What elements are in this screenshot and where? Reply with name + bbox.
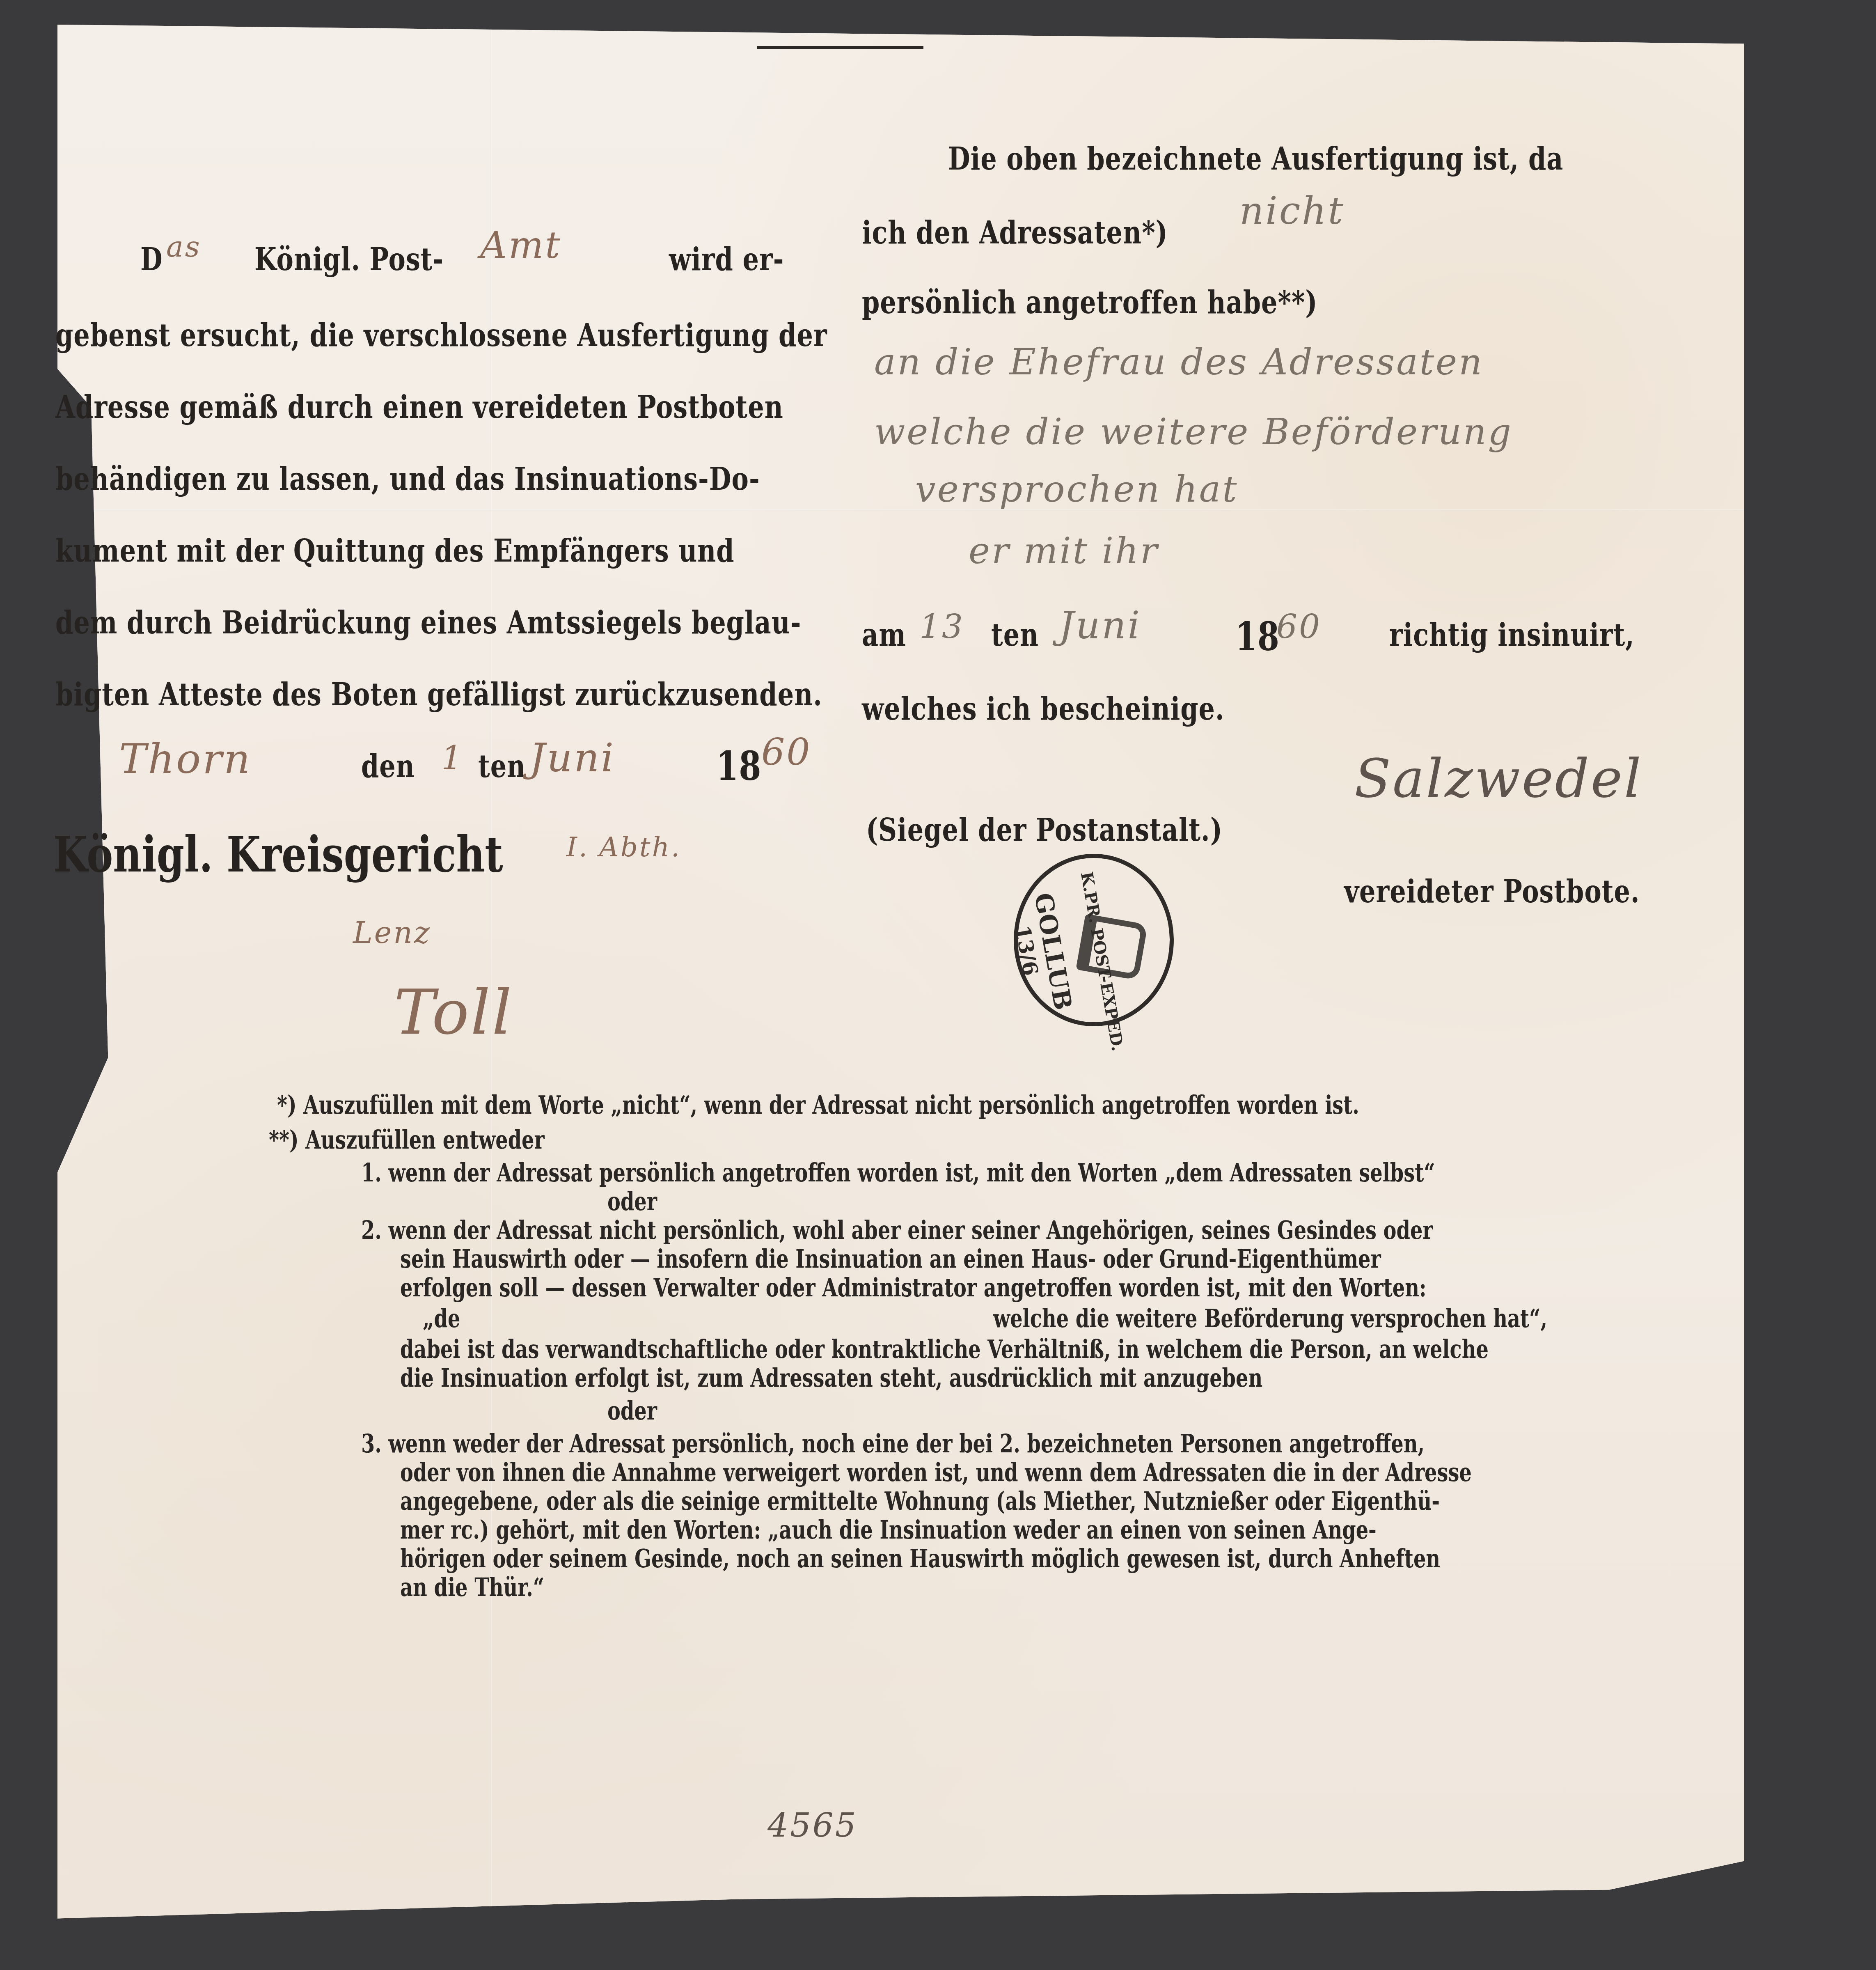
certify-line: welches ich bescheinige.: [862, 690, 1225, 727]
insinuation-year-print: 18: [1235, 614, 1280, 659]
crown-icon: [1076, 914, 1148, 981]
footnote-item-1: 1. wenn der Adressat persönlich angetrof…: [361, 1158, 1435, 1188]
footnote-item-3-line-2: oder von ihnen die Annahme verweigert wo…: [400, 1457, 1472, 1487]
insinuation-month-hand: Juni: [1059, 603, 1141, 647]
header-rule: [757, 46, 923, 49]
month-hand: Juni: [529, 735, 615, 781]
court-signature-hand: Toll: [394, 977, 513, 1048]
request-wird: wird er-: [669, 240, 784, 277]
request-pre: D: [140, 240, 163, 277]
postman-signature-hand: Salzwedel: [1354, 747, 1643, 810]
footnote-item-2-line-1: 2. wenn der Adressat nicht persönlich, w…: [361, 1215, 1433, 1245]
right-line-1: Die oben bezeichnete Ausfertigung ist, d…: [948, 140, 1563, 177]
insinuation-year-hand: 60: [1276, 608, 1322, 646]
request-line-6: dem durch Beidrückung eines Amtssiegels …: [55, 603, 801, 641]
footnote-item-3-line-4: mer rc.) gehört, mit den Worten: „auch d…: [400, 1515, 1377, 1545]
footnote-item-2-tail-1: dabei ist das verwandtschaftliche oder k…: [400, 1334, 1489, 1364]
den-label: den: [361, 747, 415, 784]
signature-note-hand: Lenz: [353, 915, 431, 950]
footnote-double-intro: **) Auszufüllen entweder: [269, 1125, 545, 1155]
request-post-label: Königl. Post-: [254, 240, 444, 277]
request-line-3: Adresse gemäß durch einen vereideten Pos…: [55, 388, 783, 425]
day-hand: 1: [441, 739, 464, 777]
footnote-or-1: oder: [607, 1186, 657, 1216]
ten-label: ten: [478, 747, 526, 784]
insinuation-day-hand: 13: [919, 608, 964, 646]
footnote-item-2-quote-start: „de: [423, 1303, 460, 1333]
year-print: 18: [716, 743, 762, 790]
hand-line-2: welche die weitere Beförderung: [874, 411, 1513, 453]
request-line-4: behändigen zu lassen, und das Insinuatio…: [55, 460, 760, 497]
footnote-item-2-tail-2: die Insinuation erfolgt ist, zum Adressa…: [400, 1363, 1262, 1393]
postmark-stamp: K.PR. POST-EXPED. GOLLUB 13/6: [1014, 854, 1174, 1026]
right-hand-nicht: nicht: [1239, 189, 1345, 233]
seal-label: (Siegel der Postanstalt.): [866, 811, 1223, 848]
footnote-item-2-line-2: sein Hauswirth oder — insofern die Insin…: [400, 1244, 1381, 1274]
footnote-item-2-quote-rest: welche die weitere Beförderung versproch…: [993, 1303, 1547, 1333]
hand-line-4: er mit ihr: [969, 530, 1159, 572]
court-title: Königl. Kreisgericht: [53, 825, 503, 883]
footnote-item-2-line-3: erfolgen soll — dessen Verwalter oder Ad…: [400, 1273, 1427, 1303]
horizontal-fold: [57, 509, 1744, 511]
postman-label: vereideter Postbote.: [1344, 872, 1640, 910]
footnote-item-3-line-1: 3. wenn weder der Adressat persönlich, n…: [361, 1429, 1425, 1459]
footnote-single: *) Auszufüllen mit dem Worte „nicht“, we…: [277, 1090, 1359, 1120]
hand-line-1: an die Ehefrau des Adressaten: [874, 341, 1484, 383]
request-line-5: kument mit der Quittung des Empfängers u…: [55, 532, 735, 569]
place-hand: Thorn: [119, 735, 252, 783]
right-line-3: persönlich angetroffen habe**): [862, 283, 1318, 321]
court-hand-suffix: I. Abth.: [566, 831, 681, 863]
request-line-2: gebenst ersucht, die verschlossene Ausfe…: [55, 316, 827, 353]
insinuation-rest: richtig insinuirt,: [1389, 616, 1635, 653]
year-hand: 60: [761, 731, 812, 774]
footnote-or-2: oder: [607, 1396, 657, 1426]
request-hand-article: as: [166, 230, 202, 264]
hand-line-3: versprochen hat: [915, 468, 1239, 510]
am-label: am: [862, 616, 906, 653]
request-hand-amt: Amt: [480, 224, 562, 267]
footnote-item-3-line-5: hörigen oder seinem Gesinde, noch an sei…: [400, 1543, 1440, 1573]
right-line-2: ich den Adressaten*): [862, 213, 1168, 251]
footnote-item-3-line-6: an die Thür.“: [400, 1572, 544, 1602]
archive-number-hand: 4565: [767, 1806, 858, 1844]
footnote-item-3-line-3: angegebene, oder als die seinige ermitte…: [400, 1486, 1440, 1516]
insinuation-ten-label: ten: [991, 616, 1039, 653]
request-line-7: bigten Atteste des Boten gefälligst zurü…: [55, 675, 822, 713]
